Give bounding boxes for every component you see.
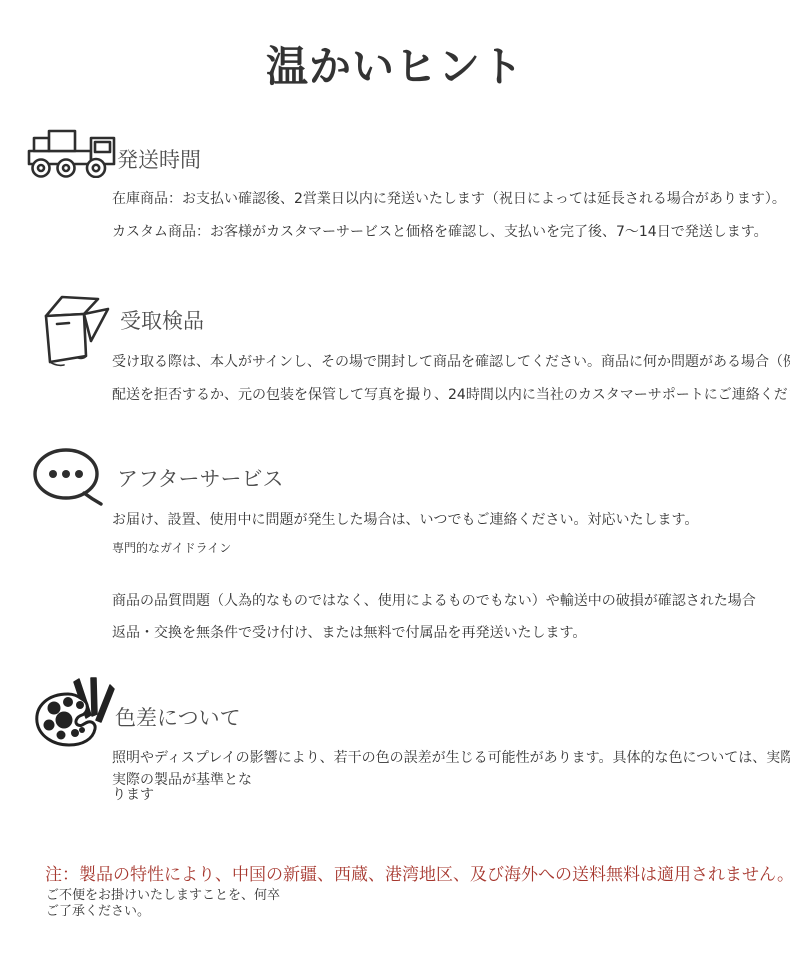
speech-bubble-icon xyxy=(30,447,108,507)
shipping-line-1: 在庫商品：お支払い確認後、2営業日以内に発送いたします（祝日によっては延長される… xyxy=(112,188,786,208)
apology-note: ご不便をお掛けいたしますことを、何卒ご了承ください。 xyxy=(46,888,280,920)
truck-icon xyxy=(26,126,118,178)
after-service-line-4: 返品・交換を無条件で受け付け、または無料で付属品を再発送いたします。 xyxy=(112,622,586,642)
color-difference-line-2a: 実際の製品が基準とな xyxy=(112,772,252,788)
color-difference-line-2b: ります xyxy=(112,787,154,803)
section-heading-after-service: アフターサービス xyxy=(117,463,284,493)
section-heading-shipping: 発送時間 xyxy=(117,144,201,174)
box-icon xyxy=(36,286,114,368)
after-service-line-3: 商品の品質問題（人為的なものではなく、使用によるものでもない）や輸送中の破損が確… xyxy=(112,590,756,610)
section-heading-inspection: 受取検品 xyxy=(120,305,204,335)
shipping-restriction-note: 注：製品の特性により、中国の新疆、西蔵、港湾地区、及び海外への送料無料は適用され… xyxy=(45,860,790,885)
shipping-line-2: カスタム商品：お客様がカスタマーサービスと価格を確認し、支払いを完了後、7～14… xyxy=(112,221,768,241)
inspection-line-1: 受け取る際は、本人がサインし、その場で開封して商品を確認してください。商品に何か… xyxy=(112,351,790,371)
inspection-line-2: 配送を拒否するか、元の包装を保管して写真を撮り、24時間以内に当社のカスタマーサ… xyxy=(112,384,790,404)
warm-hints-page: 温かいヒント 発送時間 在庫商品：お支払い確認後、2営業日以内に発送いたします（… xyxy=(0,0,790,962)
palette-icon xyxy=(30,672,116,748)
page-title: 温かいヒント xyxy=(0,34,790,94)
section-heading-color-difference: 色差について xyxy=(115,702,241,732)
color-difference-line-2: 実際の製品が基準となります xyxy=(112,773,252,803)
after-service-line-1: お届け、設置、使用中に問題が発生した場合は、いつでもご連絡ください。対応いたしま… xyxy=(112,509,698,529)
after-service-line-2: 専門的なガイドライン xyxy=(112,539,231,556)
apology-note-line-2: ご了承ください。 xyxy=(46,904,150,919)
apology-note-line-1: ご不便をお掛けいたしますことを、何卒 xyxy=(46,888,280,903)
color-difference-line-1: 照明やディスプレイの影響により、若干の色の誤差が生じる可能性があります。具体的な… xyxy=(112,747,790,767)
